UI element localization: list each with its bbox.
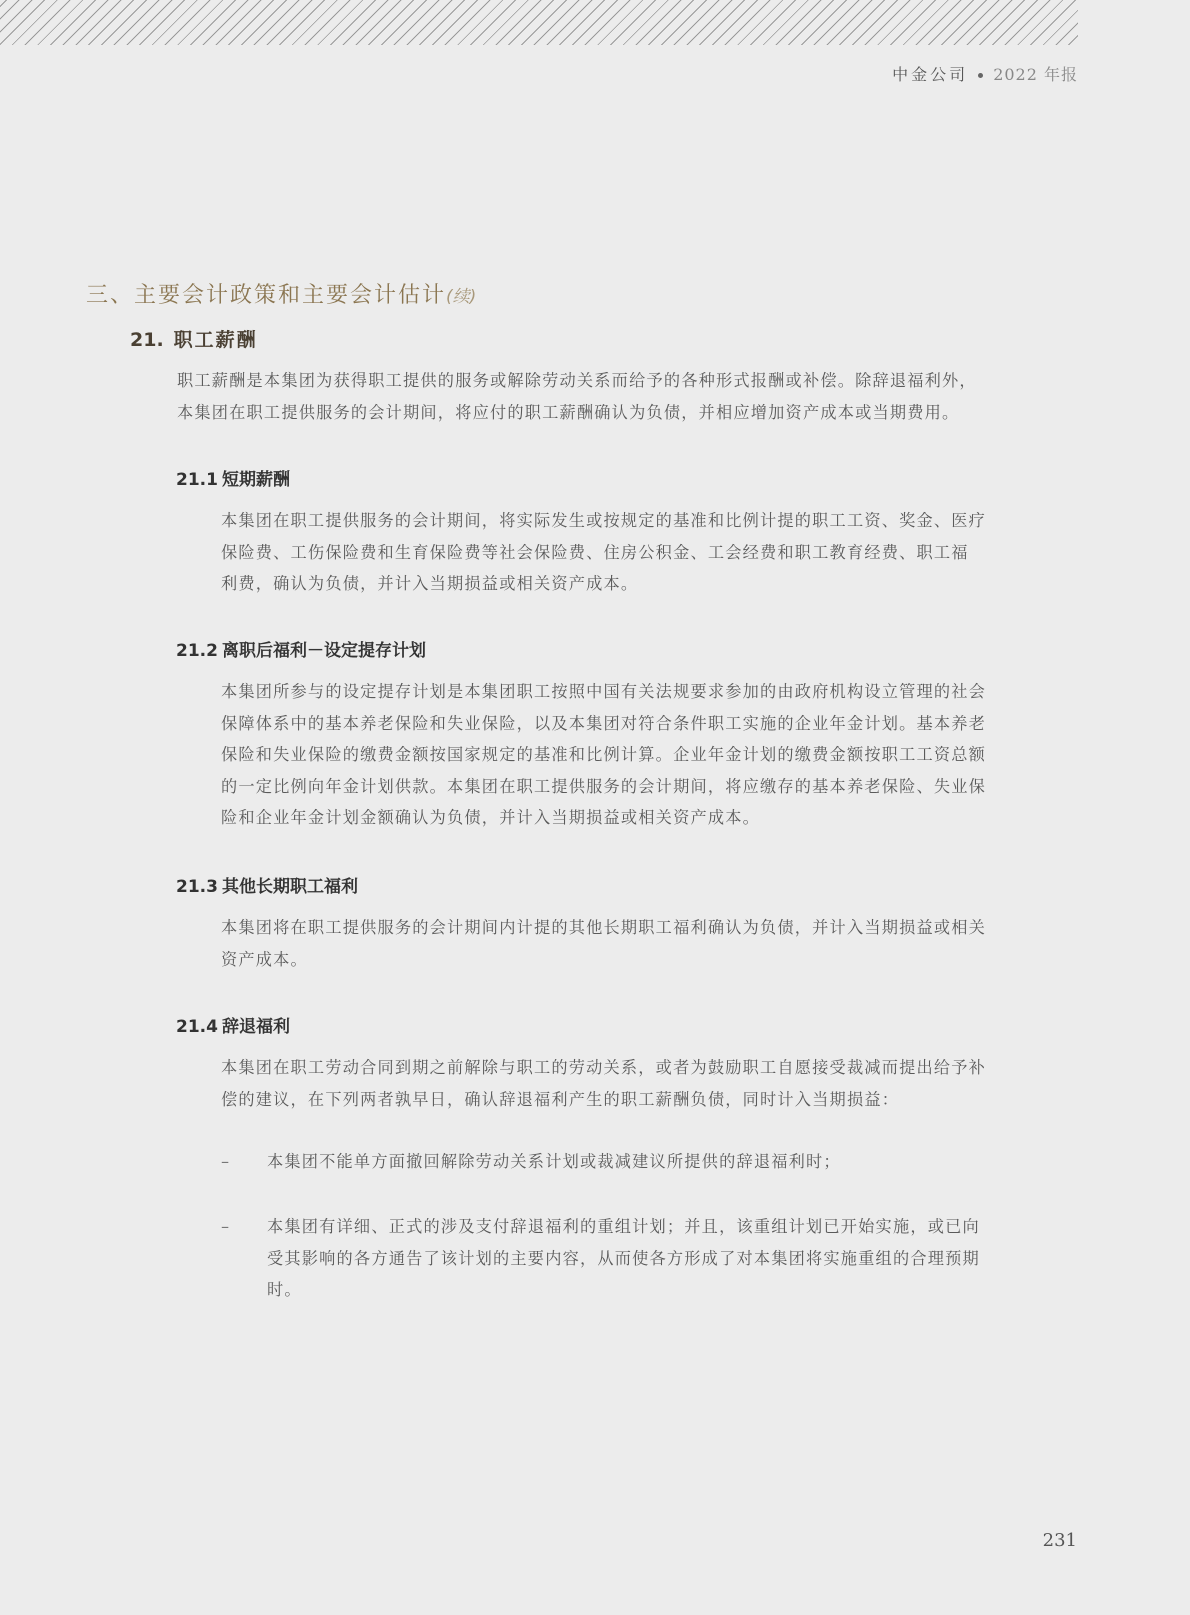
bullet-body: 本集团不能单方面撤回解除劳动关系计划或裁减建议所提供的辞退福利时； — [267, 1146, 841, 1178]
paragraph-21-1: 本集团在职工提供服务的会计期间，将实际发生或按规定的基准和比例计提的职工工资、奖… — [221, 505, 1081, 600]
bullet-body: 本集团有详细、正式的涉及支付辞退福利的重组计划；并且，该重组计划已开始实施，或已… — [267, 1211, 980, 1306]
subheading-21-2: 21.2离职后福利－设定提存计划 — [176, 636, 426, 661]
intro-paragraph: 职工薪酬是本集团为获得职工提供的服务或解除劳动关系而给予的各种形式报酬或补偿。除… — [177, 365, 1077, 428]
subheading-21-1: 21.1短期薪酬 — [176, 465, 290, 490]
text-line: 本集团在职工提供服务的会计期间，将实际发生或按规定的基准和比例计提的职工工资、奖… — [221, 505, 1081, 537]
heading-21: 21.职工薪酬 — [130, 325, 258, 352]
report-year: 2022 年报 — [993, 65, 1078, 84]
text-line: 本集团有详细、正式的涉及支付辞退福利的重组计划；并且，该重组计划已开始实施，或已… — [267, 1211, 980, 1243]
subheading-21-4: 21.4辞退福利 — [176, 1012, 290, 1037]
subheading-number: 21.3 — [176, 877, 218, 897]
company-name: 中金公司 — [892, 65, 968, 84]
decorative-hatch-band — [0, 0, 1078, 45]
section-title: 三、主要会计政策和主要会计估计(续) — [86, 278, 476, 309]
text-line: 保障体系中的基本养老保险和失业保险，以及本集团对符合条件职工实施的企业年金计划。… — [221, 708, 1081, 740]
text-line: 本集团不能单方面撤回解除劳动关系计划或裁减建议所提供的辞退福利时； — [267, 1146, 841, 1178]
paragraph-21-2: 本集团所参与的设定提存计划是本集团职工按照中国有关法规要求参加的由政府机构设立管… — [221, 676, 1081, 834]
subheading-number: 21.4 — [176, 1017, 218, 1037]
paragraph-21-3: 本集团将在职工提供服务的会计期间内计提的其他长期职工福利确认为负债，并计入当期损… — [221, 912, 1081, 975]
text-line: 利费，确认为负债，并计入当期损益或相关资产成本。 — [221, 568, 1081, 600]
text-line: 资产成本。 — [221, 944, 1081, 976]
text-line: 本集团将在职工提供服务的会计期间内计提的其他长期职工福利确认为负债，并计入当期损… — [221, 912, 1081, 944]
text-line: 时。 — [267, 1274, 980, 1306]
text-line: 本集团在职工提供服务的会计期间，将应付的职工薪酬确认为负债，并相应增加资产成本或… — [177, 397, 1077, 429]
continued-label: (续) — [446, 287, 476, 307]
subheading-21-3: 21.3其他长期职工福利 — [176, 872, 358, 897]
subheading-title: 短期薪酬 — [222, 470, 290, 490]
heading-number: 21. — [130, 329, 164, 351]
running-header: 中金公司2022 年报 — [892, 62, 1078, 85]
subheading-number: 21.1 — [176, 470, 218, 490]
heading-title: 职工薪酬 — [174, 329, 258, 351]
text-line: 职工薪酬是本集团为获得职工提供的服务或解除劳动关系而给予的各种形式报酬或补偿。除… — [177, 365, 1077, 397]
text-line: 偿的建议，在下列两者孰早日，确认辞退福利产生的职工薪酬负债，同时计入当期损益： — [221, 1084, 1081, 1116]
text-line: 保险费、工伤保险费和生育保险费等社会保险费、住房公积金、工会经费和职工教育经费、… — [221, 537, 1081, 569]
subheading-title: 辞退福利 — [222, 1017, 290, 1037]
bullet-separator-icon — [978, 73, 983, 78]
dash-bullet-icon: – — [221, 1146, 230, 1178]
text-line: 险和企业年金计划金额确认为负债，并计入当期损益或相关资产成本。 — [221, 802, 1081, 834]
subheading-title: 离职后福利－设定提存计划 — [222, 641, 426, 661]
dash-bullet-icon: – — [221, 1211, 230, 1243]
text-line: 本集团所参与的设定提存计划是本集团职工按照中国有关法规要求参加的由政府机构设立管… — [221, 676, 1081, 708]
text-line: 的一定比例向年金计划供款。本集团在职工提供服务的会计期间，将应缴存的基本养老保险… — [221, 771, 1081, 803]
subheading-number: 21.2 — [176, 641, 218, 661]
text-line: 保险和失业保险的缴费金额按国家规定的基准和比例计算。企业年金计划的缴费金额按职工… — [221, 739, 1081, 771]
section-title-text: 三、主要会计政策和主要会计估计 — [86, 283, 446, 308]
text-line: 受其影响的各方通告了该计划的主要内容，从而使各方形成了对本集团将实施重组的合理预… — [267, 1243, 980, 1275]
subheading-title: 其他长期职工福利 — [222, 877, 358, 897]
text-line: 本集团在职工劳动合同到期之前解除与职工的劳动关系，或者为鼓励职工自愿接受裁减而提… — [221, 1052, 1081, 1084]
paragraph-21-4: 本集团在职工劳动合同到期之前解除与职工的劳动关系，或者为鼓励职工自愿接受裁减而提… — [221, 1052, 1081, 1115]
page-number: 231 — [1043, 1530, 1077, 1551]
